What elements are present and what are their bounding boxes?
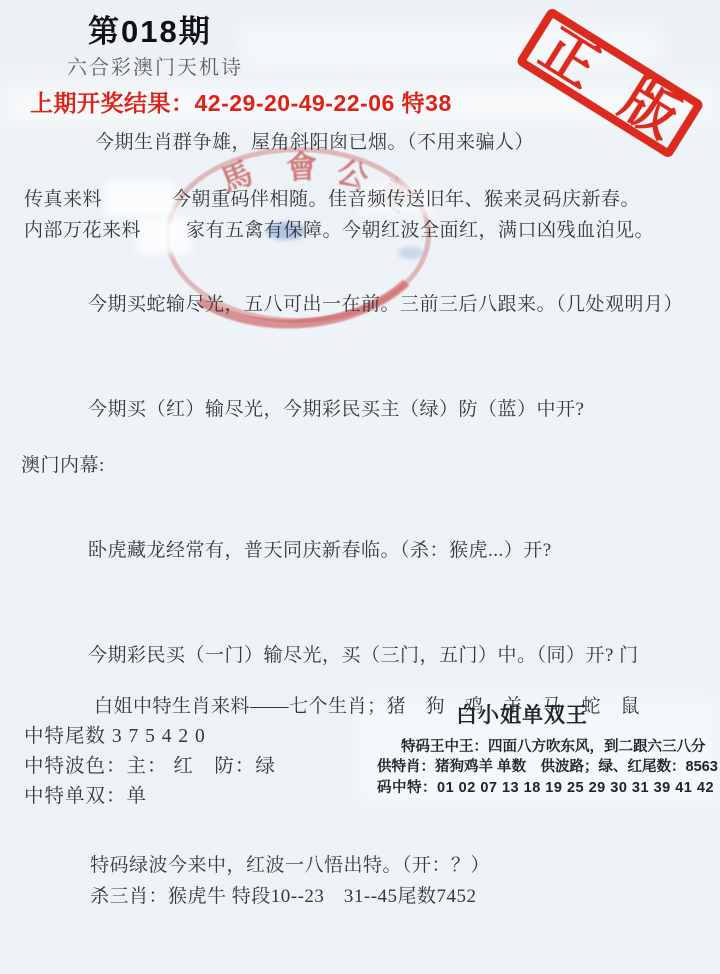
- white-lady-panel-title: 白小姐单双王: [372, 704, 672, 728]
- special-odd-even: 中特单双：单: [24, 786, 147, 808]
- supplied-zodiac-wave-line: 供特肖：猪狗鸡羊 单数 供波路；绿、红尾数：8563: [377, 759, 718, 776]
- special-wave-colors: 中特波色：主： 红 防：绿: [24, 756, 276, 778]
- whiteout-patch: [104, 180, 176, 217]
- insider-source-label: 内部万花来料: [24, 220, 141, 242]
- fax-source-text: 今朝重码伴相随。佳音频传送旧年、猴来灵码庆新春。: [172, 189, 640, 211]
- issue-title: 第018期: [88, 14, 212, 50]
- green-wave-line: 特码绿波今来中，红波一八悟出特。（开：？）: [90, 855, 490, 877]
- poem-line-colors: 今期买（红）输尽光，今期彩民买主（绿）防（蓝）中开?: [88, 399, 584, 421]
- lottery-sheet-page: 馬 會 公 證 第018期 六合彩澳门天机诗 上期开奖结果：42-29-20-4…: [0, 0, 720, 974]
- sheet-subtitle: 六合彩澳门天机诗: [67, 57, 243, 80]
- poem-line-gates: 今期彩民买（一门）输尽光，买（三门，五门）中。（同）开? 门: [88, 645, 639, 667]
- special-code-numbers: 码中特：01 02 07 13 18 19 25 29 30 31 39 41 …: [377, 780, 714, 797]
- blue-ink-smudge: [398, 247, 424, 259]
- insider-source-text: 家有五禽有保障。今朝红波全面红，满口凶残血泊见。: [186, 220, 654, 242]
- special-code-king-line: 特码王中王：四面八方吹东风，到二跟六三八分: [401, 739, 706, 756]
- seal-char-right: 版: [612, 70, 688, 146]
- whiteout-patch: [136, 218, 192, 254]
- poem-line-tiger-dragon: 卧虎藏龙经常有，普天同庆新春临。（杀：猴虎...）开?: [88, 540, 552, 562]
- poem-line-snake: 今期买蛇输尽光，五八可出一在前。三前三后八跟来。（几处观明月）: [88, 294, 683, 316]
- fax-source-label: 传真来料: [24, 189, 102, 211]
- special-tail-numbers: 中特尾数 3 7 5 4 2 0: [24, 726, 206, 748]
- poem-line-zodiac-chimney: 今期生肖群争雄，屋角斜阳囱已烟。（不用来骗人）: [95, 132, 534, 154]
- macau-insider-label: 澳门内幕:: [21, 455, 105, 477]
- last-draw-result: 上期开奖结果：42-29-20-49-22-06 特38: [30, 90, 452, 116]
- kill-three-zodiac-line: 杀三肖：猴虎牛 特段10--23 31--45尾数7452: [90, 886, 477, 908]
